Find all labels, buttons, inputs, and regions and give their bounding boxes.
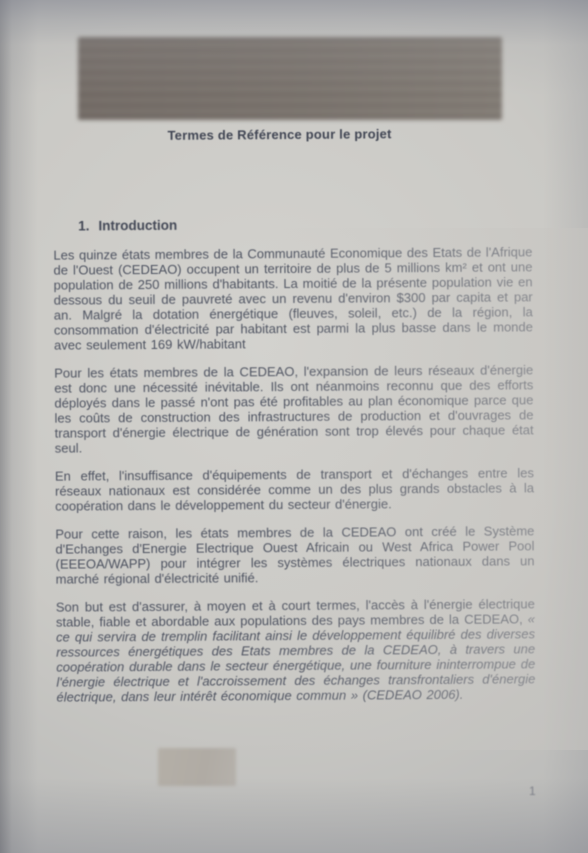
photo-of-document: Termes de Référence pour le projet 1. In… xyxy=(0,0,588,853)
paragraph-transport-obstacles: En effet, l'insuffisance d'équipements d… xyxy=(55,465,534,513)
document-title: Termes de Référence pour le projet xyxy=(0,125,574,144)
paragraph-objective-quote: Son but est d'assurer, à moyen et à cour… xyxy=(56,596,536,704)
quote-lead-text: Son but est d'assurer, à moyen et à cour… xyxy=(56,596,535,629)
section-heading: 1. Introduction xyxy=(78,218,177,234)
section-number: 1. xyxy=(78,218,89,233)
page-number: 1 xyxy=(529,784,536,798)
paragraphs-block: Les quinze états membres de la Communaut… xyxy=(53,244,535,717)
paragraph-wapp-creation: Pour cette raison, les états membres de … xyxy=(55,523,534,586)
paragraph-region-overview: Les quinze états membres de la Communaut… xyxy=(53,244,533,352)
paragraph-network-expansion: Pour les états membres de la CEDEAO, l'e… xyxy=(54,362,534,455)
section-title: Introduction xyxy=(98,218,177,234)
document-content: Termes de Référence pour le projet 1. In… xyxy=(0,0,588,853)
